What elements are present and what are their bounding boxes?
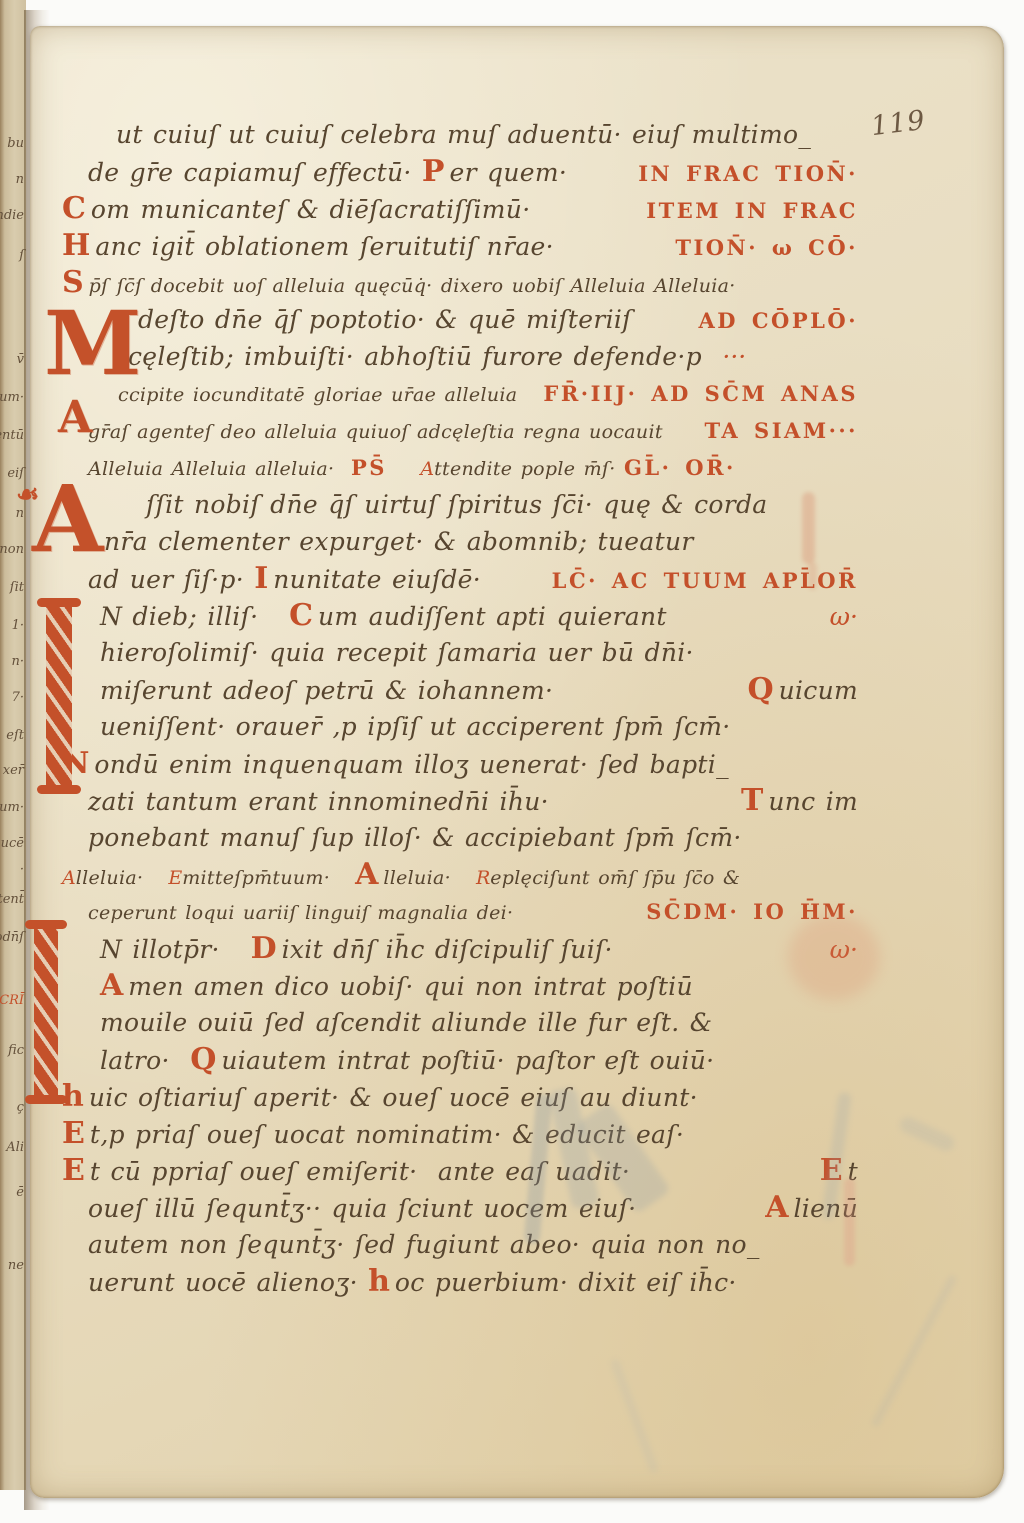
- ink-segment: gr̄aſ agenteſ deo alleluia quiuoſ adcęle…: [88, 421, 671, 443]
- line-left-group: ccipite iocunditatē gloriae ur̄ae allelu…: [118, 377, 526, 414]
- ink-segment: p̄ſ ſc̄ſ docebit uoſ alleluia quęcūq̇· d…: [89, 275, 736, 297]
- line-left-group: ad uer ſiſ·p· Inunitate eiuſdē·: [88, 560, 491, 601]
- ink-segment: eplęciſunt om̄ſ ſp̄u ſc̄o &: [490, 867, 740, 889]
- decorated-initial-M: M: [44, 304, 141, 383]
- rubric-segment: A: [62, 867, 76, 889]
- manuscript-line: ccipite iocunditatē gloriae ur̄ae allelu…: [118, 375, 858, 412]
- manuscript-line: oueſ illū ſequnt̄ʒ·· quia ſciunt uocem e…: [88, 1189, 858, 1226]
- ink-segment: de gr̄e capiamuſ effectū·: [88, 158, 422, 187]
- manuscript-line: Hanc igit̄ oblationem ſeruitutiſ nr̄ae· …: [62, 227, 858, 264]
- ink-segment: ad uer ſiſ·p·: [88, 565, 254, 594]
- gutter-text-fragment: eiſ: [7, 466, 24, 481]
- rubric-segment: C: [289, 598, 313, 633]
- text-block: ut cuiuſ ut cuiuſ celebra muſ aduentū· e…: [88, 116, 858, 1300]
- gutter-text-fragment: fic: [8, 1043, 24, 1058]
- rubric-segment: PS̄: [351, 455, 387, 480]
- gutter-text-fragment: ne: [8, 1258, 24, 1273]
- line-right-group: ITEM IN FRAC: [646, 192, 858, 231]
- manuscript-line: gr̄aſ agenteſ deo alleluia quiuoſ adcęle…: [88, 412, 858, 449]
- line-left-group: oueſ illū ſequnt̄ʒ·· quia ſciunt uocem e…: [88, 1190, 647, 1230]
- rubric-segment: E: [62, 1153, 85, 1188]
- rubric-segment: TA SIAM···: [704, 418, 858, 443]
- gutter-text-fragment: ç: [17, 1100, 24, 1115]
- ink-segment: zati tantum erant innominedn̄i ih̄u·: [88, 787, 559, 816]
- manuscript-line: ueniſſent· orauer̄ ‚p ipſiſ ut acciperen…: [100, 708, 858, 745]
- manuscript-line: de gr̄e capiamuſ effectū· Per quem· IN F…: [88, 153, 858, 190]
- line-left-group: gr̄aſ agenteſ deo alleluia quiuoſ adcęle…: [88, 414, 671, 451]
- gutter-text-fragment: bu: [7, 136, 24, 151]
- gutter-text-fragment: ſit: [10, 580, 24, 595]
- rubric-segment: C: [62, 191, 86, 226]
- ink-segment: cęleſtib; imbuiſti· abhoſtiū furore defe…: [128, 342, 722, 371]
- rubric-segment: H: [62, 228, 90, 263]
- ink-segment: uiautem intrat poſtiū· paſtor eſt ouiū·: [221, 1046, 714, 1075]
- ink-segment: N dieb; illiſ·: [100, 602, 289, 631]
- gutter-text-fragment: ndie: [0, 208, 24, 223]
- gutter-text-fragment: um·: [0, 800, 24, 815]
- ink-segment: men amen dico uobiſ· qui non intrat poſt…: [128, 972, 693, 1001]
- decorated-initial-A: A: [32, 478, 103, 561]
- gutter-text-fragment: ē: [16, 1185, 24, 1200]
- manuscript-line: nr̄a clementer expurget· & abomnib; tuea…: [104, 523, 858, 560]
- ink-segment: uicum: [779, 676, 858, 705]
- rubric-segment: E: [168, 867, 182, 889]
- show-through-ghost-mark: [610, 1358, 659, 1474]
- ink-segment: N illotp̄r·: [100, 935, 251, 964]
- rubric-segment: Q: [190, 1042, 216, 1077]
- gutter-text-fragment: ucē: [1, 836, 24, 851]
- ink-segment: Alleluia Alleluia alleluia·: [88, 458, 351, 480]
- rubric-segment: T: [741, 783, 763, 818]
- show-through-ghost-mark: [844, 1178, 855, 1266]
- previous-page-edge: bunndieſv̄uum·tientūeiſnnonſit1·n·7·eſtx…: [0, 0, 26, 1490]
- manuscript-line: Com municanteſ & diēſacratiſſimū· ITEM I…: [62, 190, 858, 227]
- line-left-group: ceperunt loqui uariiſ linguiſ magnalia d…: [88, 895, 522, 932]
- line-left-group: N illotp̄r· Dixit dn̄ſ ih̄c diſcipuliſ ſ…: [100, 930, 633, 971]
- gutter-text-fragment: xer̄: [3, 763, 24, 778]
- ink-segment: oueſ illū ſequnt̄ʒ·· quia ſciunt uocem e…: [88, 1194, 647, 1223]
- ink-segment: ſſit nobiſ dn̄e q̄ſ uirtuſ ſpiritus ſc̄i…: [146, 490, 768, 519]
- ink-segment: ttendite pople m̄ſ·: [434, 458, 624, 480]
- line-right-group: TION̄· ω CŌ·: [675, 229, 858, 268]
- line-right-group: FR̄·IIJ· AD SC̄M ANAS: [543, 375, 858, 414]
- show-through-ghost-mark: [802, 492, 815, 564]
- gutter-text-fragment: n: [16, 172, 24, 187]
- line-right-group: ω·: [830, 598, 858, 638]
- ink-segment: ccipite iocunditatē gloriae ur̄ae allelu…: [118, 384, 526, 406]
- rubric-segment: AD CŌPLŌ·: [699, 308, 858, 333]
- manuscript-line: zati tantum erant innominedn̄i ih̄u· Tun…: [88, 782, 858, 819]
- rubric-segment: FR̄·IIJ· AD SC̄M ANAS: [543, 381, 858, 406]
- ink-segment: oc puerbium· dixit eiſ ih̄c·: [395, 1268, 737, 1297]
- ink-segment: deſto dn̄e q̄ſ poptotio· & quē miſteriiſ: [138, 305, 642, 334]
- ink-segment: t cū ppriaſ oueſ emiſerit· ante eaſ uadi…: [90, 1157, 640, 1186]
- ink-segment: ceperunt loqui uariiſ linguiſ magnalia d…: [88, 902, 522, 924]
- ink-segment: ut cuiuſ ut cuiuſ celebra muſ aduentū· e…: [116, 120, 811, 149]
- ink-segment: autem non ſequnt̄ʒ· ſed fugiunt abeo· qu…: [88, 1230, 760, 1259]
- rubric-segment: GL̄· OR̄·: [624, 455, 736, 480]
- ink-segment: nr̄a clementer expurget· & abomnib; tuea…: [104, 527, 694, 556]
- gutter-text-fragment: 1·: [12, 618, 24, 633]
- manuscript-line: ut cuiuſ ut cuiuſ celebra muſ aduentū· e…: [116, 116, 858, 153]
- line-left-group: N dieb; illiſ· Cum audiſſent apti quiera…: [100, 597, 687, 638]
- decorated-initial-I-bar: [46, 602, 72, 790]
- line-left-group: Hanc igit̄ oblationem ſeruitutiſ nr̄ae·: [62, 227, 564, 268]
- line-left-group: deſto dn̄e q̄ſ poptotio· & quē miſteriiſ: [138, 301, 642, 341]
- rubric-segment: Q: [747, 672, 773, 707]
- decorated-initial-I-bar: [34, 924, 58, 1100]
- manuscript-line: Et cū ppriaſ oueſ emiſerit· ante eaſ uad…: [62, 1152, 858, 1189]
- manuscript-line: Sp̄ſ ſc̄ſ docebit uoſ alleluia quęcūq̇· …: [62, 264, 858, 301]
- manuscript-line: Alleluia· Emitteſpm̄tuum· Alleluia· Repl…: [62, 856, 858, 893]
- manuscript-line: huic oſtiariuſ aperit· & oueſ uocē eiuſ …: [62, 1078, 858, 1115]
- rubric-segment: TION̄· ω CŌ·: [675, 235, 858, 260]
- gutter-text-fragment: elodn̄ſ: [0, 930, 24, 945]
- gutter-text-fragment: n·: [11, 654, 24, 669]
- rubric-segment: I: [254, 561, 268, 596]
- line-left-group: Com municanteſ & diēſacratiſſimū·: [62, 190, 541, 231]
- manuscript-line: deſto dn̄e q̄ſ poptotio· & quē miſteriiſ…: [138, 301, 858, 338]
- rubric-segment: ITEM IN FRAC: [646, 198, 858, 223]
- ink-segment: nunitate eiuſdē·: [273, 565, 491, 594]
- ink-segment: [387, 458, 420, 480]
- gutter-text-fragment: tent̄: [0, 892, 24, 907]
- manuscript-line: cęleſtib; imbuiſti· abhoſtiū furore defe…: [128, 338, 858, 375]
- ink-segment: er quem·: [449, 158, 577, 187]
- rubric-segment: P: [422, 154, 445, 189]
- show-through-ghost-mark: [808, 562, 817, 590]
- rubric-segment: A: [100, 968, 123, 1003]
- manuscript-line: miſerunt adeoſ petrū & iohannem· Quicum: [100, 671, 858, 708]
- decorated-initial-A: A: [58, 398, 92, 438]
- manuscript-line: Et‚p priaſ oueſ uocat nominatim· & educi…: [62, 1115, 858, 1152]
- rubric-segment: A: [765, 1190, 788, 1225]
- manuscript-line: hieroſolimiſ· quia recepit ſamaria uer b…: [100, 634, 858, 671]
- ink-segment: miſerunt adeoſ petrū & iohannem·: [100, 676, 563, 705]
- manuscript-scan: bunndieſv̄uum·tientūeiſnnonſit1·n·7·eſtx…: [0, 0, 1024, 1523]
- folio-number: 119: [870, 105, 928, 142]
- rubric-segment: IN FRAC TION̄·: [638, 161, 858, 186]
- manuscript-line: Nondū enim inquenquam illoʒ uenerat· ſed…: [62, 745, 858, 782]
- manuscript-line: N illotp̄r· Dixit dn̄ſ ih̄c diſcipuliſ ſ…: [100, 930, 858, 967]
- line-right-group: IN FRAC TION̄·: [638, 155, 858, 194]
- gutter-text-fragment: tientū: [0, 428, 24, 443]
- gutter-text-fragment: eſt: [6, 728, 24, 743]
- line-left-group: zati tantum erant innominedn̄i ih̄u·: [88, 783, 559, 823]
- gutter-text-fragment: Ali: [6, 1140, 24, 1155]
- manuscript-line: ad uer ſiſ·p· Inunitate eiuſdē· LC̄· AC …: [88, 560, 858, 597]
- manuscript-line: Amen amen dico uobiſ· qui non intrat poſ…: [100, 967, 858, 1004]
- line-right-group: TA SIAM···: [704, 412, 858, 451]
- rubric-segment: h: [368, 1264, 390, 1299]
- rubric-segment: D: [251, 931, 277, 966]
- ink-segment: uerunt uocē alienoʒ·: [88, 1268, 368, 1297]
- gutter-text-fragment: v̄: [17, 352, 24, 367]
- rubric-segment: R: [476, 867, 490, 889]
- line-left-group: Et cū ppriaſ oueſ emiſerit· ante eaſ uad…: [62, 1152, 640, 1193]
- ink-segment: hieroſolimiſ· quia recepit ſamaria uer b…: [100, 638, 694, 667]
- gutter-text-fragment: 7·: [12, 690, 24, 705]
- rubric-segment: E: [62, 1116, 85, 1151]
- line-right-group: AD CŌPLŌ·: [699, 302, 858, 341]
- line-left-group: miſerunt adeoſ petrū & iohannem·: [100, 672, 563, 712]
- manuscript-line: N dieb; illiſ· Cum audiſſent apti quiera…: [100, 597, 858, 634]
- line-left-group: de gr̄e capiamuſ effectū· Per quem·: [88, 153, 577, 194]
- gutter-text-fragment: CRĪ: [0, 993, 24, 1008]
- show-through-ghost-mark: [897, 1114, 956, 1153]
- manuscript-line: latro· Quiautem intrat poſtiū· paſtor eſ…: [100, 1041, 858, 1078]
- manuscript-line: ponebant manuſ ſup illoſ· & accipiebant …: [88, 819, 858, 856]
- ink-segment: ponebant manuſ ſup illoſ· & accipiebant …: [88, 823, 742, 852]
- show-through-ghost-mark: [788, 914, 880, 1000]
- ink-segment: ondū enim inquenquam illoʒ uenerat· ſed …: [94, 750, 728, 779]
- gutter-text-fragment: non: [0, 542, 24, 557]
- rubric-segment: ···: [722, 342, 746, 371]
- ink-segment: ueniſſent· orauer̄ ‚p ipſiſ ut acciperen…: [100, 712, 731, 741]
- ink-segment: lleluia·: [383, 867, 476, 889]
- ink-segment: anc igit̄ oblationem ſeruitutiſ nr̄ae·: [95, 232, 564, 261]
- gutter-text-fragment: uum·: [0, 390, 24, 405]
- ink-segment: mouile ouiū ſed aſcendit aliunde ille fu…: [100, 1008, 712, 1037]
- manuscript-line: ſſit nobiſ dn̄e q̄ſ uirtuſ ſpiritus ſc̄i…: [146, 486, 858, 523]
- ink-segment: mitteſpm̄tuum·: [182, 867, 355, 889]
- parchment-page: 119 ut cuiuſ ut cuiuſ celebra muſ aduent…: [30, 26, 1004, 1498]
- manuscript-line: ceperunt loqui uariiſ linguiſ magnalia d…: [88, 893, 858, 930]
- rubric-segment: ω·: [830, 602, 858, 631]
- manuscript-line: mouile ouiū ſed aſcendit aliunde ille fu…: [100, 1004, 858, 1041]
- rubric-segment: A: [420, 458, 434, 480]
- ink-segment: om municanteſ & diēſacratiſſimū·: [91, 195, 541, 224]
- line-right-group: Quicum: [747, 671, 858, 712]
- manuscript-line: Alleluia Alleluia alleluia· PS̄ Attendit…: [88, 449, 858, 486]
- ink-segment: um audiſſent apti quierant: [318, 602, 687, 631]
- manuscript-line: autem non ſequnt̄ʒ· ſed fugiunt abeo· qu…: [88, 1226, 858, 1263]
- manuscript-line: uerunt uocē alienoʒ· hoc puerbium· dixit…: [88, 1263, 858, 1300]
- ink-segment: ixit dn̄ſ ih̄c diſcipuliſ ſuiſ·: [282, 935, 634, 964]
- line-right-group: Tunc im: [741, 782, 858, 823]
- ink-segment: unc im: [768, 787, 858, 816]
- rubric-segment: A: [355, 857, 378, 892]
- show-through-ghost-mark: [871, 1274, 958, 1428]
- ink-segment: lleluia·: [76, 867, 169, 889]
- ink-segment: latro·: [100, 1046, 190, 1075]
